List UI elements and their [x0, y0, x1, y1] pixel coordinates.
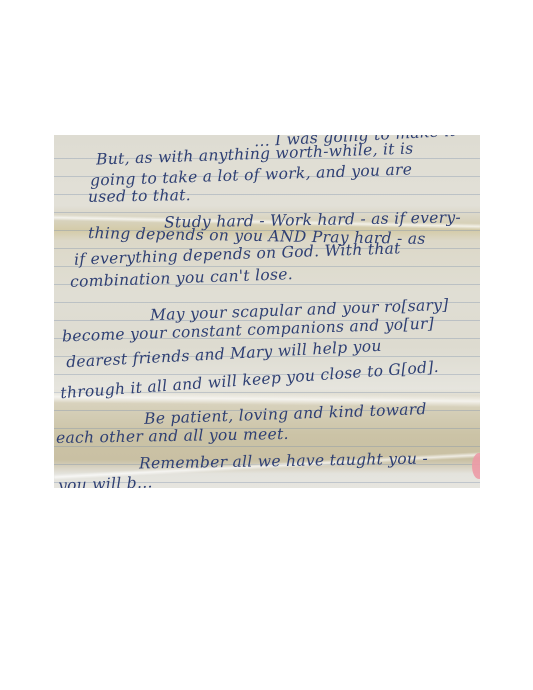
letter-photo: ... I was going to make it But, as with … [54, 135, 480, 488]
letter-line: you will b... [58, 473, 153, 488]
letter-line: used to that. [88, 186, 191, 206]
pink-object [472, 453, 480, 479]
